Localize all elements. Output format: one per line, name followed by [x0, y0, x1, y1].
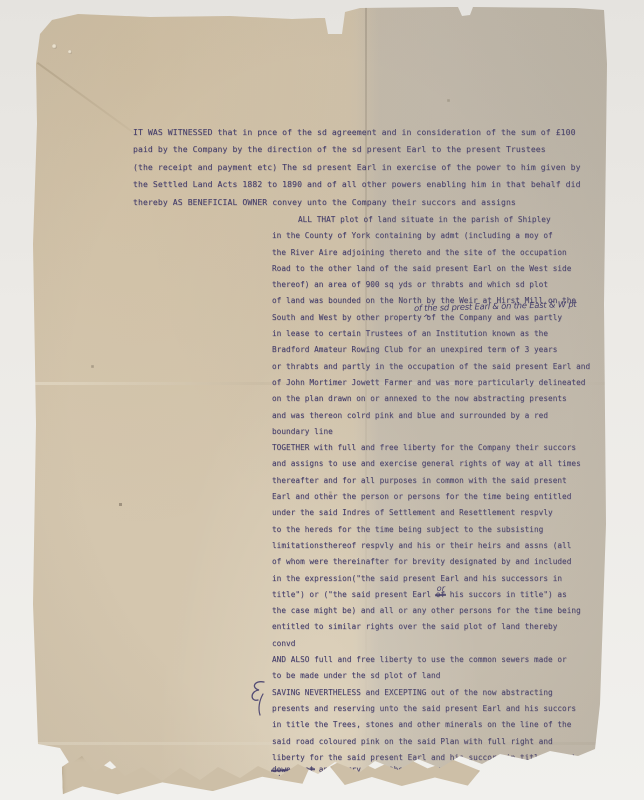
typed-text: under the said Indres of Settlement and … [272, 508, 553, 517]
typed-line: or thrabts and partly in the occupation … [272, 359, 590, 375]
typed-line: to be made under the sd plot of land [272, 668, 590, 684]
handwritten-mark: ~ [541, 749, 550, 766]
typed-text: the case might be) and all or any other … [272, 606, 581, 615]
typed-text: or thrabts and partly in the occupation … [272, 362, 590, 371]
typed-line: Bradford Amateur Rowing Club for an unex… [272, 342, 590, 358]
handwritten-mark: ʃ [550, 764, 558, 781]
typed-text: and assigns to use and exercise general … [272, 459, 581, 468]
typed-line: AND ALSO full and free liberty to use th… [272, 652, 590, 668]
typed-line: and was thereon colrd pink and blue and … [272, 408, 590, 424]
typed-line: Road to the other land of the said prese… [272, 261, 590, 277]
typed-line: limitationsthereof respvly and his or th… [272, 538, 590, 554]
typed-line: the River Aire adjoining thereto and the… [272, 245, 590, 261]
typed-line: under the said Indres of Settlement and … [272, 505, 590, 521]
typed-line: (the receipt and payment etc) The sd pre… [133, 159, 581, 176]
typed-text: AND ALSO full and free liberty to use th… [272, 655, 567, 664]
typed-line: thereby AS BENEFICIAL OWNER convey unto … [133, 194, 581, 211]
typed-line: IT WAS WITNESSED that in pnce of the sd … [133, 124, 581, 141]
typed-text: in the County of York containing by admt… [272, 231, 553, 240]
typed-line: paid by the Company by the direction of … [133, 141, 581, 158]
typed-paragraph-witnessed: IT WAS WITNESSED that in pnce of the sd … [133, 124, 581, 211]
typed-line: entitled to similar rights over the said… [272, 619, 590, 635]
typed-line: the Settled Land Acts 1882 to 1890 and o… [133, 176, 581, 193]
typed-line: thereof) an area of 900 sq yds or thrabt… [272, 277, 590, 293]
typed-line: presents and reserving unto the said pre… [272, 701, 590, 717]
typed-line: the case might be) and all or any other … [272, 603, 590, 619]
typed-text: South and West by other property [272, 313, 422, 322]
typed-text: Earl and other the person or persons for… [272, 492, 571, 501]
typed-text: and was thereon colrd pink and blue and … [272, 411, 548, 420]
handwritten-correction: or [437, 581, 445, 597]
typed-line: convd [272, 636, 590, 652]
struck-word-with-correction: ofor [436, 590, 445, 599]
typed-text: presents and reserving unto the said pre… [272, 704, 576, 713]
typed-text: entitled to similar rights over the said… [272, 622, 557, 631]
aged-paper-sheet: IT WAS WITNESSED that in pnce of the sd … [30, 4, 612, 790]
typed-line: in lease to certain Trustees of an Insti… [272, 326, 590, 342]
typed-line: South and West by other property^of the … [272, 310, 590, 326]
typed-line: TOGETHER with full and free liberty for … [272, 440, 590, 456]
pen-margin-bracket-mark [248, 679, 268, 717]
typed-text: of whom were thereinafter for brevity de… [272, 557, 571, 566]
typed-line: in title the Trees, stones and other min… [272, 717, 590, 733]
typed-indented-block: ALL THAT plot of land situate in the par… [272, 212, 590, 778]
typed-line: boundary line [272, 424, 590, 440]
typed-line: on the plan drawn on or annexed to the n… [272, 391, 590, 407]
typed-text: thereafter and for all purposes in commo… [272, 476, 567, 485]
typed-text: in lease to certain Trustees of an Insti… [272, 329, 548, 338]
typed-line: to the hereds for the time being subject… [272, 522, 590, 538]
pinhole-marks [52, 44, 82, 60]
typed-text: the River Aire adjoining thereto and the… [272, 248, 567, 257]
typed-text: convd [272, 639, 295, 648]
typed-line: of John Mortimer Jowett Farmer and was m… [272, 375, 590, 391]
typed-text: of John Mortimer Jowett Farmer and was m… [272, 378, 585, 387]
typed-text: to the hereds for the time being subject… [272, 525, 543, 534]
typed-line: title") or ("the said present Earl ofor … [272, 587, 590, 603]
typed-text: SAVING NEVERTHELESS and EXCEPTING out of… [272, 688, 553, 697]
paper-specks [30, 4, 31, 5]
typed-text: limitationsthereof respvly and his or th… [272, 541, 571, 550]
typed-text: said road coloured pink on the said Plan… [272, 737, 553, 746]
typed-text: boundary line [272, 427, 333, 436]
photograph-of-document: IT WAS WITNESSED that in pnce of the sd … [0, 0, 644, 800]
typed-line: and assigns to use and exercise general … [272, 456, 590, 472]
typed-line: of whom were thereinafter for brevity de… [272, 554, 590, 570]
typed-text: Road to the other land of the said prese… [272, 264, 571, 273]
typed-text: to be made under the sd plot of land [272, 671, 440, 680]
typed-text: to cut [548, 753, 576, 762]
typed-line: said road coloured pink on the said Plan… [272, 734, 590, 750]
typed-line: SAVING NEVERTHELESS and EXCEPTING out of… [272, 685, 590, 701]
typed-text: thereof) an area of 900 sq yds or thrabt… [272, 280, 548, 289]
typed-text: his succors in title") as [445, 590, 567, 599]
typed-text: in the expression("the said present Earl… [272, 574, 562, 583]
typed-line: Earl and other the person or persons for… [272, 489, 590, 505]
typed-text: title") or ("the said present Earl [272, 590, 436, 599]
typed-line: ALL THAT plot of land situate in the par… [272, 212, 590, 228]
typed-text: TOGETHER with full and free liberty for … [272, 443, 576, 452]
typed-line: in the County of York containing by admt… [272, 228, 590, 244]
typed-text: on the plan drawn on or annexed to the n… [272, 394, 567, 403]
typed-line: thereafter and for all purposes in commo… [272, 473, 590, 489]
typed-line: in the expression("the said present Earl… [272, 571, 590, 587]
typed-text: Bradford Amateur Rowing Club for an unex… [272, 345, 557, 354]
typed-text: ALL THAT plot of land situate in the par… [298, 215, 551, 224]
typed-text: in title the Trees, stones and other min… [272, 720, 571, 729]
